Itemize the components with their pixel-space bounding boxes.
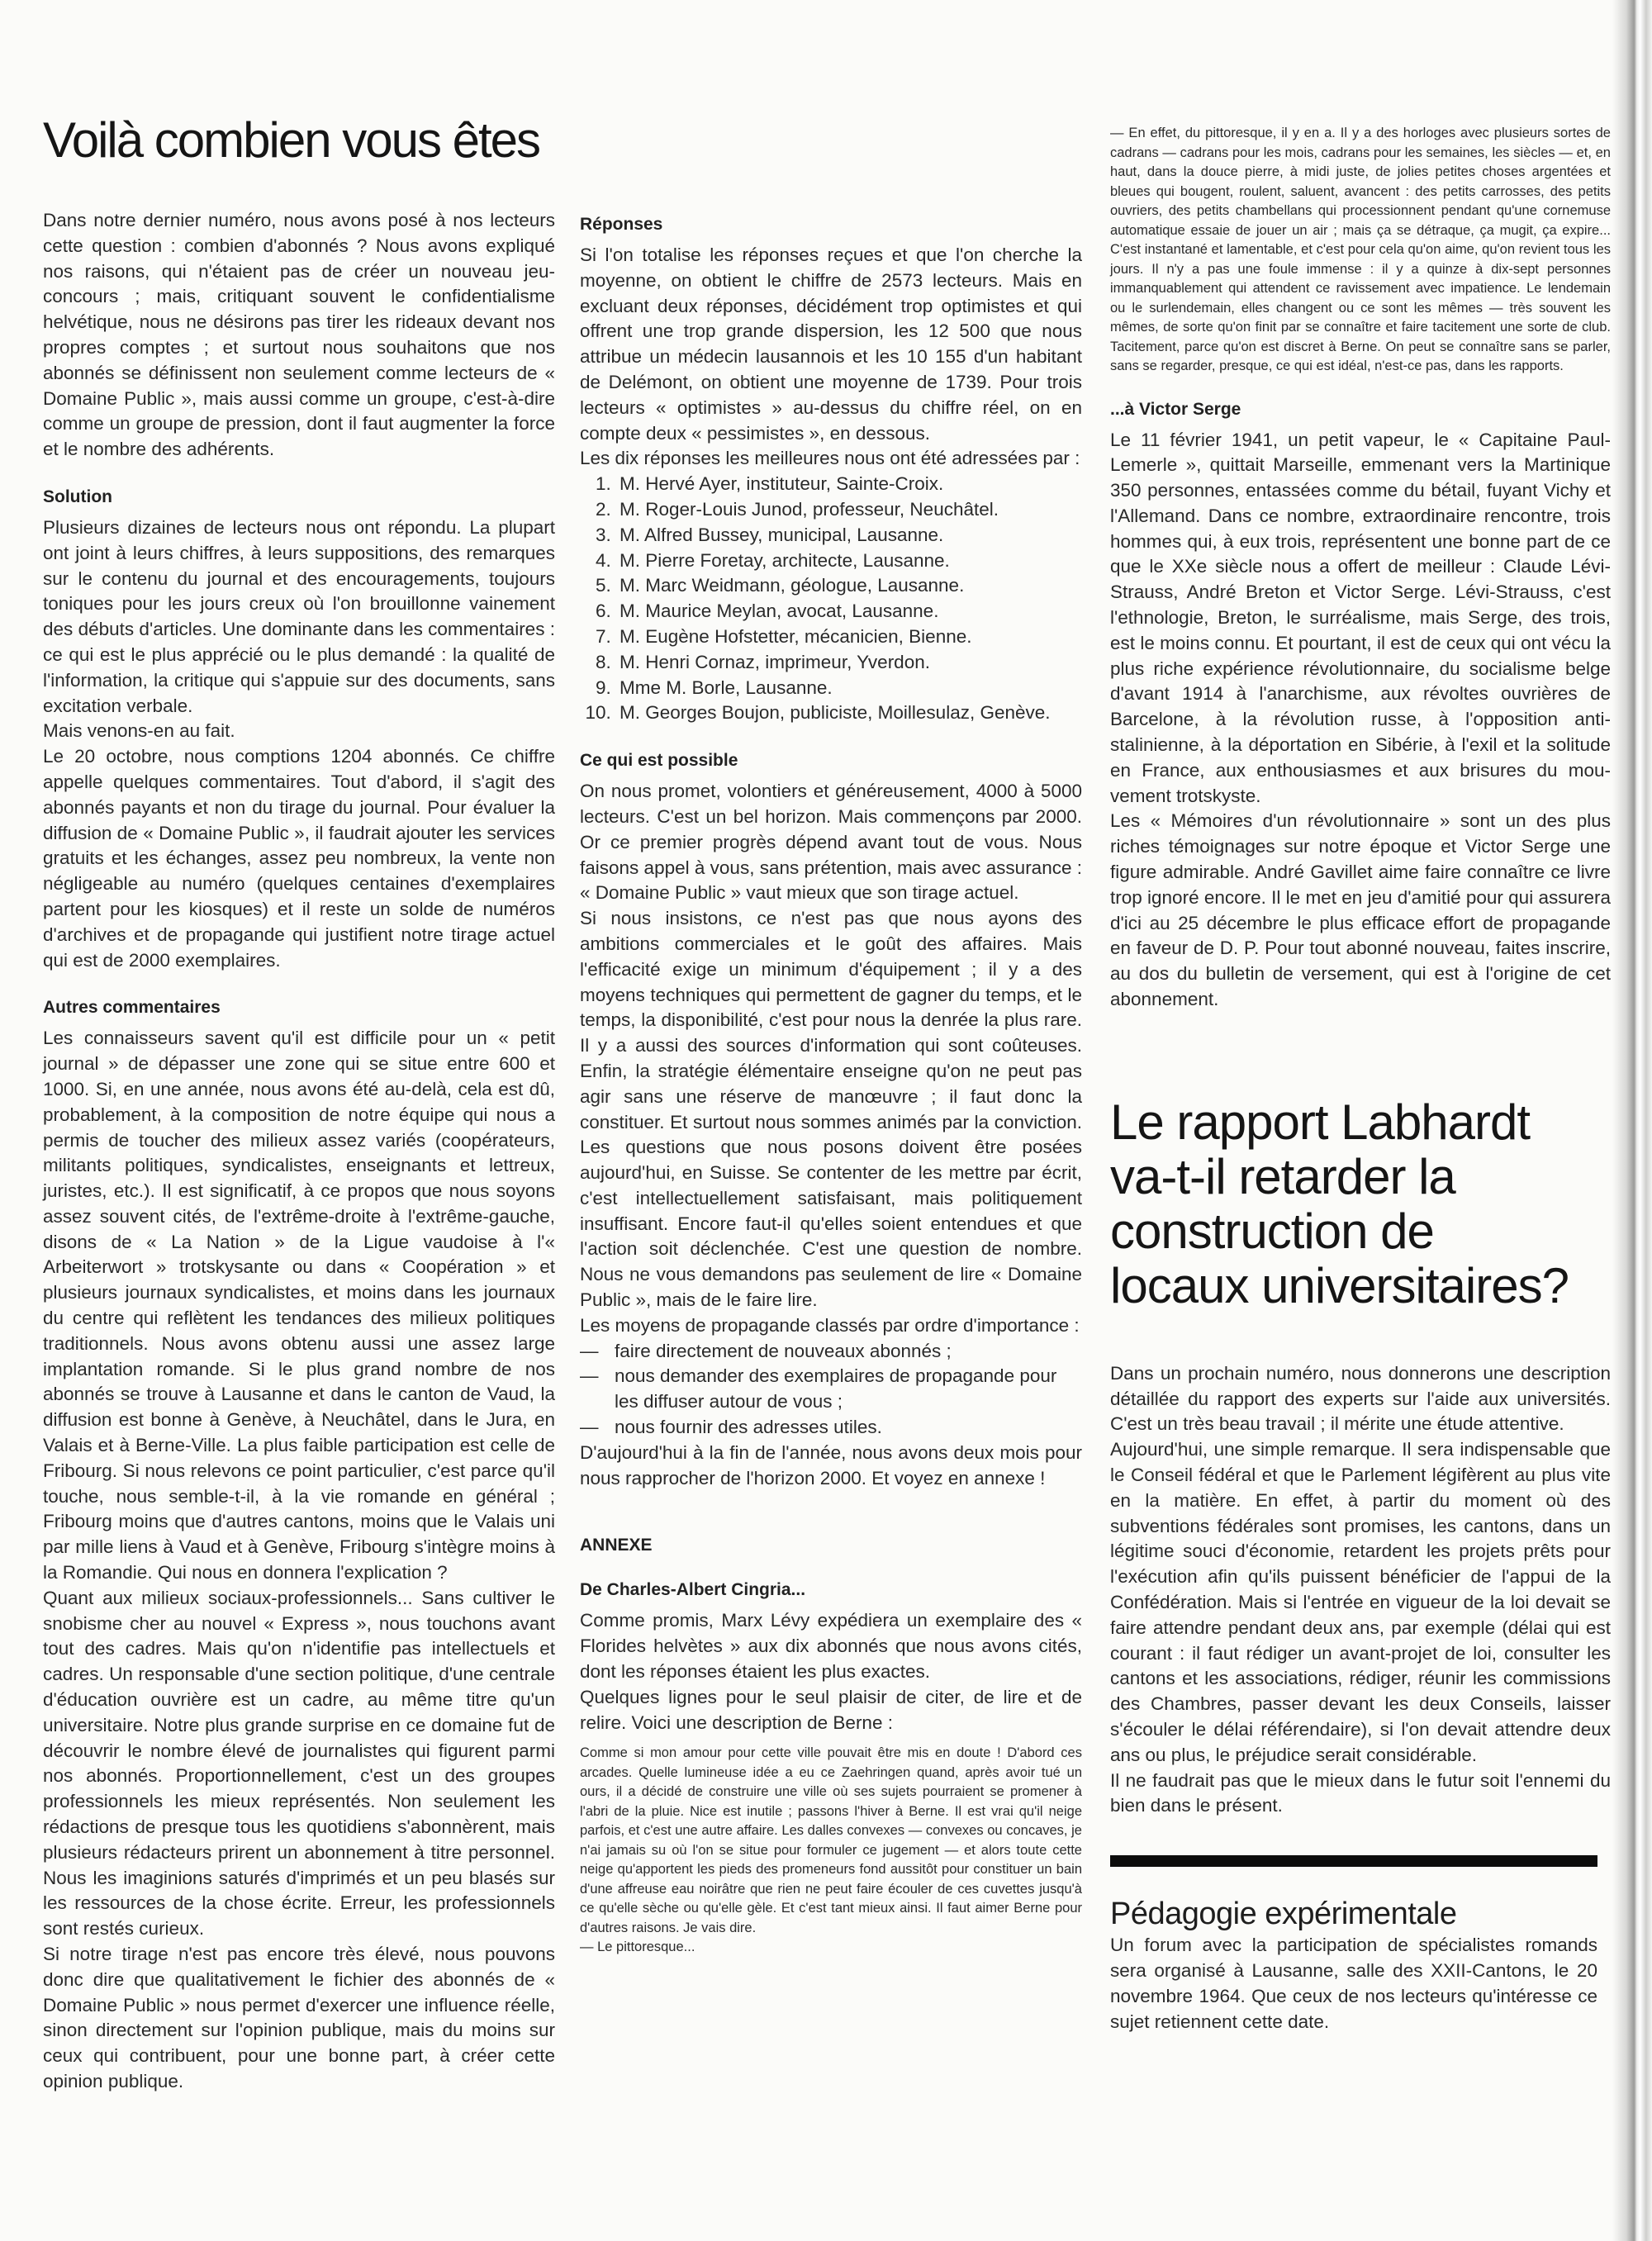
paragraph: Les dix réponses les meilleures nous ont… <box>580 446 1082 472</box>
paragraph: On nous promet, volontiers et généreusem… <box>580 779 1082 906</box>
column-2: Si notre tirage n'est pas encore très él… <box>580 114 1082 1958</box>
paragraph-continued: Si notre tirage n'est pas encore très él… <box>43 1942 555 2094</box>
list-item: nous fournir des adresses utiles. <box>580 1415 1082 1441</box>
list-item: M. Pierre Foretay, architecte, Lausanne. <box>616 548 1082 574</box>
list-item: M. Alfred Bussey, municipal, Lausanne. <box>616 523 1082 548</box>
list-item: M. Roger-Louis Junod, professeur, Neuchâ… <box>616 497 1082 523</box>
quotation: Comme si mon amour pour cette ville pouv… <box>580 1744 1082 1938</box>
paragraph: D'aujourd'hui à la fin de l'année, nous … <box>580 1441 1082 1492</box>
section-heading-victor-serge: ...à Victor Serge <box>1110 398 1611 421</box>
paragraph: Il ne faudrait pas que le mieux dans le … <box>1110 1769 1611 1820</box>
section-heading-solution: Solution <box>43 486 555 509</box>
paragraph-continuation: Si notre tirage n'est pas encore très él… <box>580 114 1082 190</box>
section-heading-cingria: De Charles-Albert Cingria... <box>580 1579 1082 1602</box>
list-item: M. Eugène Hofstetter, mécanicien, Bienne… <box>616 624 1082 650</box>
paragraph: Les connaisseurs savent qu'il est diffic… <box>43 1026 555 1586</box>
list-item: faire directement de nouveaux abonnés ; <box>580 1339 1082 1365</box>
list-item: Mme M. Borle, Lausanne. <box>616 676 1082 701</box>
paragraph: Les moyens de propagande classés par ord… <box>580 1313 1082 1339</box>
paragraph: Le 11 février 1941, un petit vapeur, le … <box>1110 428 1611 810</box>
section-heading-ce-qui-est-possible: Ce qui est possible <box>580 749 1082 772</box>
paragraph: Dans un prochain numéro, nous donnerons … <box>1110 1361 1611 1437</box>
paragraph: Un forum avec la participation de spécia… <box>1110 1933 1597 2034</box>
paragraph: Mais venons-en au fait. <box>43 719 555 744</box>
article-intro: Dans notre dernier numéro, nous avons po… <box>43 208 555 463</box>
paragraph: Comme promis, Marx Lévy expédiera un exe… <box>580 1608 1082 1684</box>
winners-list: M. Hervé Ayer, instituteur, Sainte-Croix… <box>580 472 1082 726</box>
list-item: M. Maurice Meylan, avocat, Lausanne. <box>616 599 1082 624</box>
propaganda-means-list: faire directement de nouveaux abonnés ; … <box>580 1339 1082 1441</box>
list-item: M. Hervé Ayer, instituteur, Sainte-Croix… <box>616 472 1082 497</box>
column-3: — En effet, du pittoresque, il y en a. I… <box>1110 124 1611 2034</box>
quotation: — En effet, du pittoresque, il y en a. I… <box>1110 124 1611 377</box>
section-heading-reponses: Réponses <box>580 213 1082 236</box>
column-1: Voilà combien vous êtes Dans notre derni… <box>43 114 555 2094</box>
paragraph: Quelques lignes pour le seul plaisir de … <box>580 1685 1082 1736</box>
paragraph: Aujourd'hui, une simple remarque. Il ser… <box>1110 1437 1611 1768</box>
paragraph: Quant aux milieux sociaux-professionnels… <box>43 1586 555 1942</box>
paragraph: Si nous insistons, ce n'est pas que nous… <box>580 906 1082 1313</box>
list-item: M. Marc Weidmann, géologue, Lausanne. <box>616 573 1082 599</box>
article-title: Voilà combien vous êtes <box>43 114 555 167</box>
section-divider <box>1110 1855 1597 1867</box>
page-binding-shadow <box>1612 0 1652 2241</box>
section-heading-autres-commentaires: Autres commentaires <box>43 996 555 1019</box>
list-item: M. Henri Cornaz, imprimeur, Yverdon. <box>616 650 1082 676</box>
paragraph: Le 20 octobre, nous comptions 1204 abonn… <box>43 744 555 973</box>
article-title: Pédagogie expérimentale <box>1110 1897 1611 1931</box>
list-item: M. Georges Boujon, publiciste, Moillesul… <box>616 700 1082 726</box>
paragraph: Si l'on totalise les réponses reçues et … <box>580 243 1082 446</box>
paragraph: Les « Mémoires d'un révolutionnaire » so… <box>1110 809 1611 1012</box>
list-item: nous demander des exemplaires de propaga… <box>580 1364 1082 1415</box>
article-title: Le rapport Labhardt va-t-il retarder la … <box>1110 1095 1573 1313</box>
section-heading-annexe: ANNEXE <box>580 1534 1082 1557</box>
quotation: — Le pittoresque... <box>580 1938 1082 1958</box>
paragraph: Plusieurs dizaines de lecteurs nous ont … <box>43 515 555 719</box>
